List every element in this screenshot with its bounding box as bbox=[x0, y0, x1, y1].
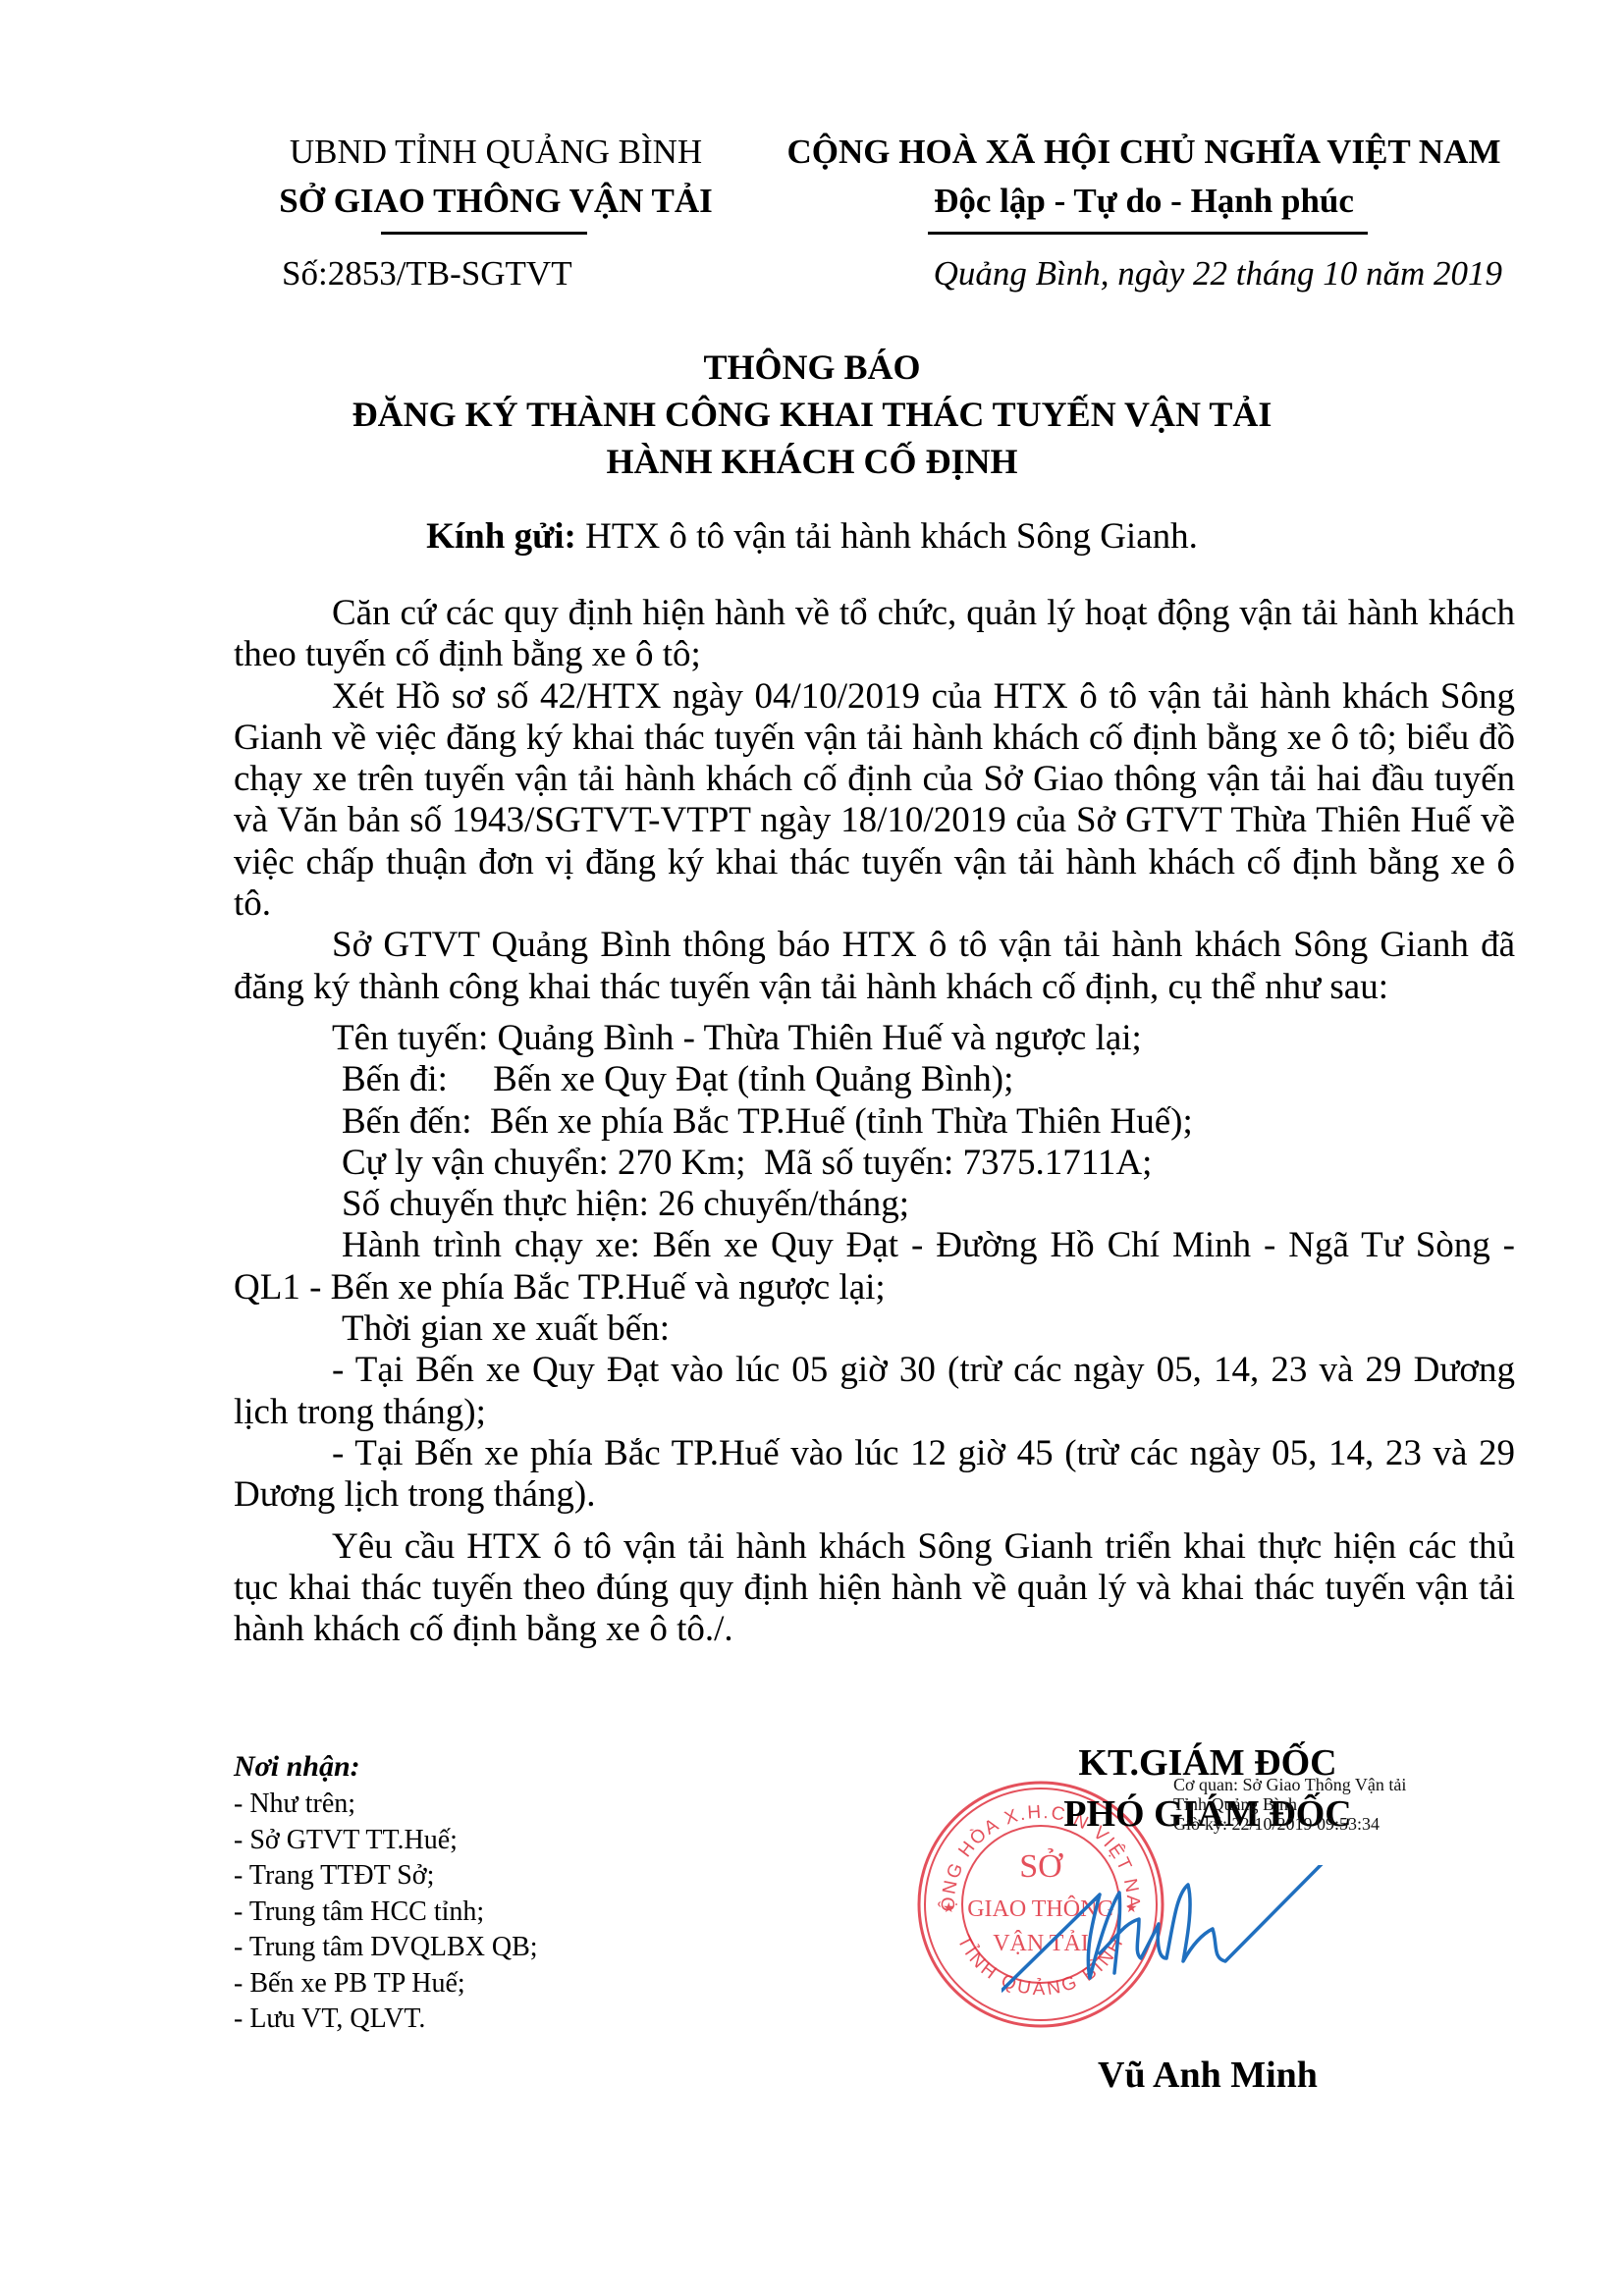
nation-title: CỘNG HOÀ XÃ HỘI CHỦ NGHĨA VIỆT NAM bbox=[776, 128, 1512, 177]
paragraph-announcement: Sở GTVT Quảng Bình thông báo HTX ô tô vậ… bbox=[234, 925, 1515, 1008]
svg-text:★: ★ bbox=[943, 1899, 955, 1915]
recipient-item: - Trung tâm HCC tỉnh; bbox=[234, 1895, 538, 1931]
schedule-quy-dat: - Tại Bến xe Quy Đạt vào lúc 05 giờ 30 (… bbox=[234, 1350, 1515, 1433]
route-itinerary: Hành trình chạy xe: Bến xe Quy Đạt - Đườ… bbox=[234, 1225, 1515, 1308]
title-line-2: ĐĂNG KÝ THÀNH CÔNG KHAI THÁC TUYẾN VẬN T… bbox=[0, 391, 1624, 438]
title-line-1: THÔNG BÁO bbox=[0, 344, 1624, 391]
recipient-item: - Trang TTĐT Sở; bbox=[234, 1858, 538, 1895]
route-departure: Bến đi: Bến xe Quy Đạt (tỉnh Quảng Bình)… bbox=[234, 1059, 1515, 1100]
addressee-name: HTX ô tô vận tải hành khách Sông Gianh. bbox=[576, 516, 1198, 557]
header-right: CỘNG HOÀ XÃ HỘI CHỦ NGHĨA VIỆT NAM Độc l… bbox=[776, 128, 1512, 226]
addressee: Kính gửi: HTX ô tô vận tải hành khách Sô… bbox=[0, 513, 1624, 561]
paragraph-considering: Xét Hồ sơ số 42/HTX ngày 04/10/2019 của … bbox=[234, 676, 1515, 926]
digital-signature-time: Giờ ký: 22/10/2019 09:53:34 bbox=[1173, 1814, 1406, 1834]
schedule-label: Thời gian xe xuất bến: bbox=[234, 1308, 1515, 1350]
agency-name: SỞ GIAO THÔNG VẬN TẢI bbox=[250, 177, 741, 226]
document-body: Căn cứ các quy định hiện hành về tổ chức… bbox=[234, 593, 1515, 1650]
route-name: Tên tuyến: Quảng Bình - Thừa Thiên Huế v… bbox=[234, 1018, 1515, 1059]
addressee-label: Kính gửi: bbox=[426, 516, 576, 557]
authority-name: UBND TỈNH QUẢNG BÌNH bbox=[250, 128, 741, 177]
document-number: Số:2853/TB-SGTVT bbox=[282, 249, 572, 298]
route-trips: Số chuyến thực hiện: 26 chuyến/tháng; bbox=[234, 1184, 1515, 1225]
recipient-item: - Bến xe PB TP Huế; bbox=[234, 1966, 538, 2002]
route-distance-code: Cự ly vận chuyển: 270 Km; Mã số tuyến: 7… bbox=[234, 1143, 1515, 1184]
route-arrival: Bến đến: Bến xe phía Bắc TP.Huế (tỉnh Th… bbox=[234, 1101, 1515, 1143]
motto-underline bbox=[928, 232, 1368, 235]
agency-underline bbox=[381, 232, 587, 235]
paragraph-request: Yêu cầu HTX ô tô vận tải hành khách Sông… bbox=[234, 1526, 1515, 1651]
national-motto: Độc lập - Tự do - Hạnh phúc bbox=[776, 177, 1512, 226]
title-line-3: HÀNH KHÁCH CỐ ĐỊNH bbox=[0, 438, 1624, 485]
recipients: Nơi nhận: - Như trên; - Sở GTVT TT.Huế; … bbox=[234, 1747, 538, 2038]
digital-signature-province: Tỉnh Quảng Bình bbox=[1173, 1794, 1406, 1814]
place-date: Quảng Bình, ngày 22 tháng 10 năm 2019 bbox=[864, 249, 1502, 298]
schedule-hue: - Tại Bến xe phía Bắc TP.Huế vào lúc 12 … bbox=[234, 1433, 1515, 1517]
signer-name: Vũ Anh Minh bbox=[1011, 2050, 1404, 2101]
document-title: THÔNG BÁO ĐĂNG KÝ THÀNH CÔNG KHAI THÁC T… bbox=[0, 344, 1624, 485]
recipient-item: - Sở GTVT TT.Huế; bbox=[234, 1823, 538, 1859]
digital-signature-agency: Cơ quan: Sở Giao Thông Vận tải bbox=[1173, 1775, 1406, 1794]
digital-signature-info: Cơ quan: Sở Giao Thông Vận tải Tỉnh Quản… bbox=[1173, 1775, 1406, 1834]
handwritten-signature-icon bbox=[1001, 1865, 1326, 1993]
recipient-item: - Như trên; bbox=[234, 1787, 538, 1823]
paragraph-legal-basis: Căn cứ các quy định hiện hành về tổ chức… bbox=[234, 593, 1515, 676]
recipient-item: - Lưu VT, QLVT. bbox=[234, 2002, 538, 2038]
header-left: UBND TỈNH QUẢNG BÌNH SỞ GIAO THÔNG VẬN T… bbox=[250, 128, 741, 226]
recipient-item: - Trung tâm DVQLBX QB; bbox=[234, 1930, 538, 1966]
recipients-label: Nơi nhận: bbox=[234, 1747, 538, 1787]
